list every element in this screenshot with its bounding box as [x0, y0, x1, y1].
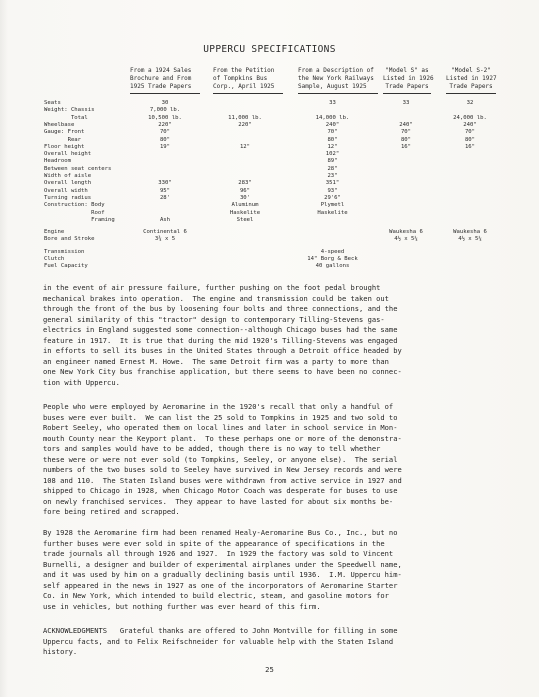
spec-value: 28'	[130, 195, 200, 202]
header-underline	[446, 93, 496, 94]
spec-value: Haskelite	[290, 210, 375, 217]
spec-row: Floor height19"12"12"16"16"	[0, 144, 539, 151]
spec-value: 240"	[290, 122, 375, 129]
column-header: "Model S" as Listed in 1926 Trade Papers	[383, 67, 431, 94]
spec-row: Construction: BodyAluminumPlymetl	[0, 202, 539, 209]
paragraph-1: in the event of air pressure failure, fu…	[43, 283, 513, 388]
spec-value: 220"	[130, 122, 200, 129]
spec-label: Fuel Capacity	[44, 263, 88, 270]
spec-row: Turning radius28'30'29'6"	[0, 195, 539, 202]
spec-label: Clutch	[44, 256, 64, 263]
spec-value: 11,000 lb.	[205, 115, 285, 122]
spec-label: Transmission	[44, 249, 84, 256]
spec-row: Overall height102"	[0, 151, 539, 158]
spec-value: 28"	[290, 166, 375, 173]
column-header: "Model S-2" Listed in 1927 Trade Papers	[446, 67, 496, 94]
spec-label: Overall length	[44, 180, 91, 187]
spec-value: 96"	[205, 188, 285, 195]
spec-row: RoofHaskeliteHaskelite	[0, 210, 539, 217]
spec-label: Wheelbase	[44, 122, 74, 129]
spec-value: 4½ x 5¼	[380, 236, 432, 243]
spec-row: Between seat centers28"	[0, 166, 539, 173]
spec-row: Clutch14" Borg & Beck	[0, 256, 539, 263]
spec-value: 70"	[380, 129, 432, 136]
spec-value: 283"	[205, 180, 285, 187]
spec-value: 14" Borg & Beck	[290, 256, 375, 263]
spec-value: 3¾ x 5	[130, 236, 200, 243]
spec-title: UPPERCU SPECIFICATIONS	[0, 44, 539, 55]
spec-value: 7,000 lb.	[130, 107, 200, 114]
spec-value: 16"	[380, 144, 432, 151]
spec-label: Seats	[44, 100, 61, 107]
spec-value: 10,500 lb.	[130, 115, 200, 122]
spec-label: Total	[44, 115, 88, 122]
spec-value: 93"	[290, 188, 375, 195]
spec-value: 80"	[290, 137, 375, 144]
spec-label: Overall width	[44, 188, 88, 195]
spec-value: 70"	[440, 129, 500, 136]
spec-value: 16"	[440, 144, 500, 151]
header-underline	[213, 93, 283, 94]
spec-value: 351"	[290, 180, 375, 187]
column-header: From a Description of the New York Railw…	[298, 67, 378, 94]
spec-value: Aluminum	[205, 202, 285, 209]
spec-row: Headroom89"	[0, 158, 539, 165]
spec-label: Bore and Stroke	[44, 236, 95, 243]
spec-row: Wheelbase220"220"240"240"240"	[0, 122, 539, 129]
spec-value: 23"	[290, 173, 375, 180]
spec-value: 4-speed	[290, 249, 375, 256]
column-header: From the Petition of Tompkins Bus Corp.,…	[213, 67, 283, 94]
spec-value: 330"	[130, 180, 200, 187]
spec-value: 19"	[130, 144, 200, 151]
spec-row: Overall width95"96"93"	[0, 188, 539, 195]
spec-label: Overall height	[44, 151, 91, 158]
spec-label: Width of aisle	[44, 173, 91, 180]
spec-value: 30'	[205, 195, 285, 202]
spec-label: Headroom	[44, 158, 71, 165]
spec-value: Haskelite	[205, 210, 285, 217]
spec-row: Overall length330"283"351"	[0, 180, 539, 187]
paragraph-3: By 1928 the Aeromarine firm had been ren…	[43, 528, 513, 612]
spec-value: 89"	[290, 158, 375, 165]
spec-value: Steel	[205, 217, 285, 224]
spec-value: 14,000 lb.	[290, 115, 375, 122]
spec-label: Between seat centers	[44, 166, 111, 173]
spec-value: 95"	[130, 188, 200, 195]
spec-value: 80"	[380, 137, 432, 144]
spec-row: Bore and Stroke3¾ x 54½ x 5¼4½ x 5¼	[0, 236, 539, 243]
spec-row: Fuel Capacity40 gallons	[0, 263, 539, 270]
column-header: From a 1924 Sales Brochure and From 1925…	[130, 67, 200, 94]
spec-value: 102"	[290, 151, 375, 158]
header-underline	[130, 93, 200, 94]
spec-label: Rear	[44, 137, 81, 144]
spec-row: FramingAshSteel	[0, 217, 539, 224]
spec-value: 80"	[130, 137, 200, 144]
spec-value: 33	[290, 100, 375, 107]
spec-label: Construction: Body	[44, 202, 105, 209]
page-number: 25	[0, 665, 539, 674]
header-underline	[383, 93, 431, 94]
spec-row: Seats30333332	[0, 100, 539, 107]
spec-row: Total10,500 lb.11,000 lb.14,000 lb.24,00…	[0, 115, 539, 122]
spec-value: 80"	[440, 137, 500, 144]
document-page: UPPERCU SPECIFICATIONS From a 1924 Sales…	[0, 0, 539, 697]
spec-value: 70"	[290, 129, 375, 136]
spec-value: 32	[440, 100, 500, 107]
spec-value: 4½ x 5¼	[440, 236, 500, 243]
spec-value: 220"	[205, 122, 285, 129]
acknowledgments: ACKNOWLEDGMENTS Grateful thanks are offe…	[43, 626, 513, 658]
spec-value: 33	[380, 100, 432, 107]
spec-row: Gauge: Front70"70"70"70"	[0, 129, 539, 136]
spec-value: Plymetl	[290, 202, 375, 209]
spec-label: Framing	[44, 217, 115, 224]
spec-value: 30	[130, 100, 200, 107]
spec-value: 240"	[440, 122, 500, 129]
spec-value: 12"	[205, 144, 285, 151]
spec-row: Weight: Chassis7,000 lb.	[0, 107, 539, 114]
spec-value: 29'6"	[290, 195, 375, 202]
spec-label: Turning radius	[44, 195, 91, 202]
spec-label: Engine	[44, 229, 64, 236]
spec-label: Gauge: Front	[44, 129, 84, 136]
paragraph-2: People who were employed by Aeromarine i…	[43, 402, 513, 518]
spec-row: Rear80"80"80"80"	[0, 137, 539, 144]
spec-value: Continental 6	[130, 229, 200, 236]
spec-value: 70"	[130, 129, 200, 136]
spec-value: 240"	[380, 122, 432, 129]
spec-row: Width of aisle23"	[0, 173, 539, 180]
header-underline	[298, 93, 378, 94]
spec-label: Roof	[44, 210, 105, 217]
spec-value: 40 gallons	[290, 263, 375, 270]
spec-value: Ash	[130, 217, 200, 224]
spec-value: 24,000 lb.	[440, 115, 500, 122]
spec-label: Weight: Chassis	[44, 107, 95, 114]
spec-value: 12"	[290, 144, 375, 151]
spec-row: Transmission4-speed	[0, 249, 539, 256]
spec-label: Floor height	[44, 144, 84, 151]
